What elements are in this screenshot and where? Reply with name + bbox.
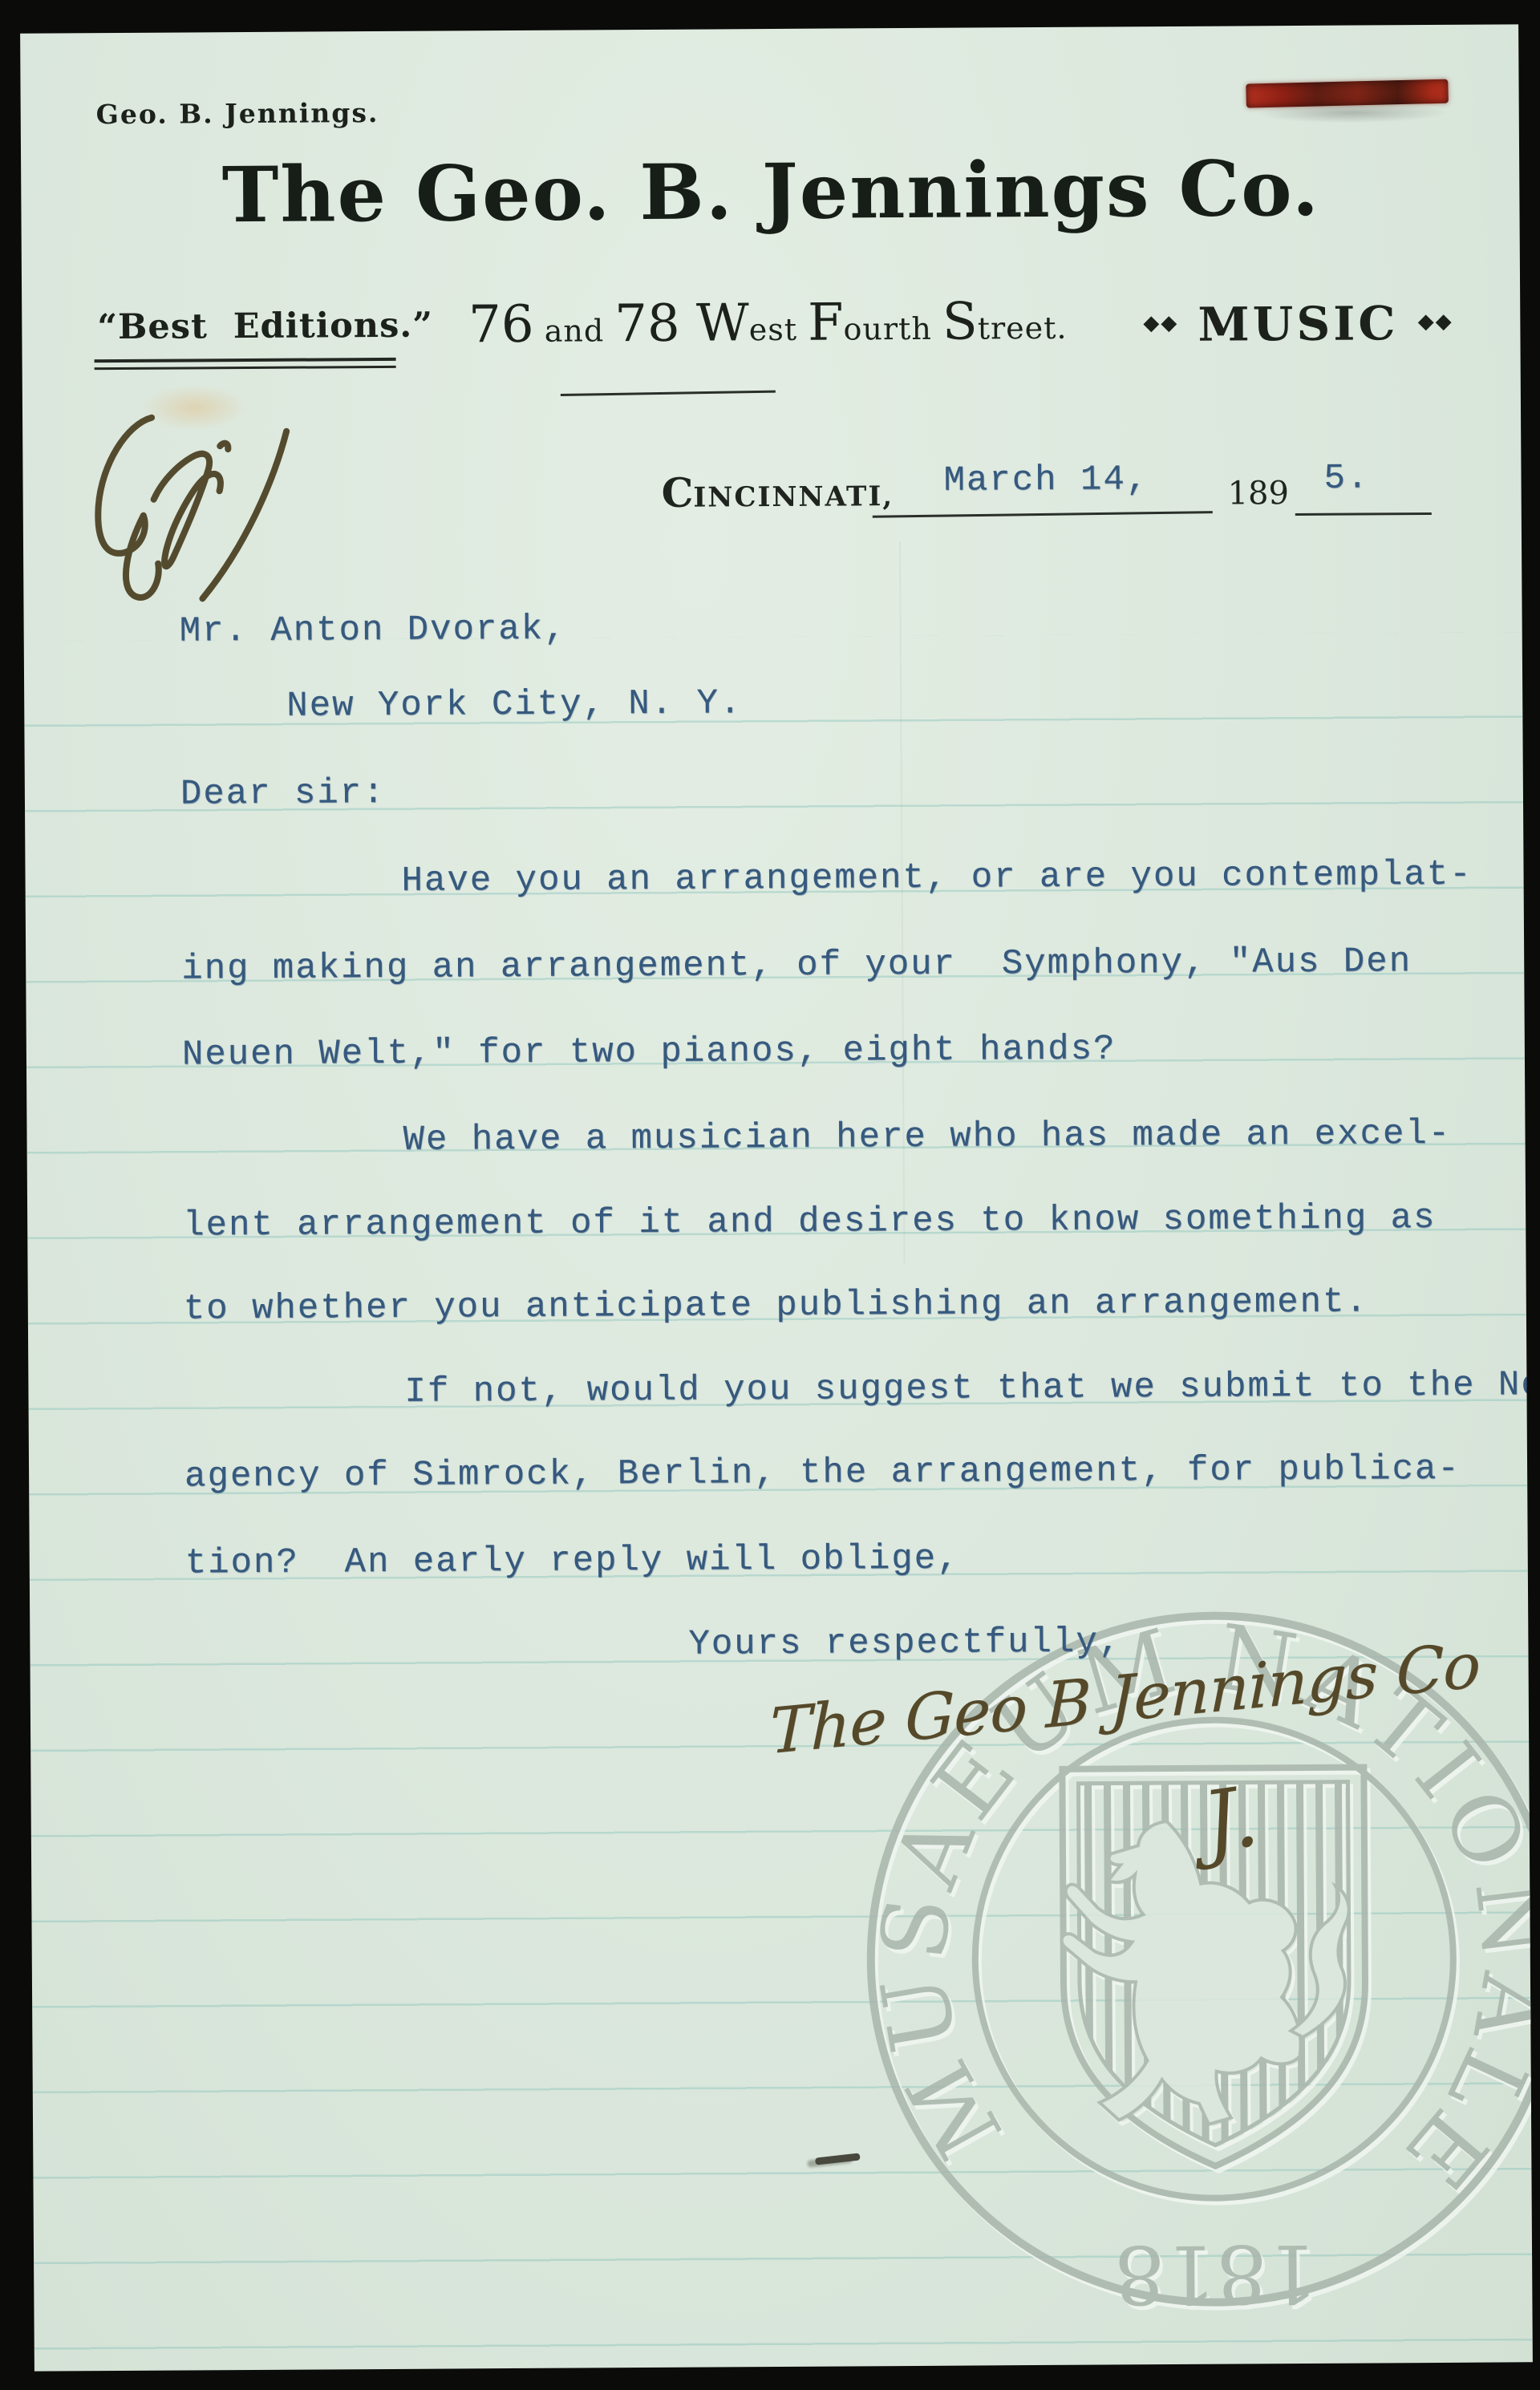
- printed-year-prefix: 189: [1228, 475, 1290, 512]
- valediction: Yours respectfully,: [688, 1622, 1121, 1664]
- street-number-1: 76: [468, 295, 534, 354]
- street-fourth-cap: F: [808, 293, 844, 352]
- street-street-cap: S: [942, 292, 978, 351]
- diamond-decor-left-icon: ◆◆: [1143, 311, 1178, 335]
- letterhead-corner-name: Geo. B. Jennings.: [96, 97, 379, 130]
- body-line: Neuen Welt," for two pianos, eight hands…: [182, 1029, 1116, 1075]
- street-address: 76 and 78 West Fourth Street.: [439, 292, 1096, 355]
- tagline-best-editions: “Best Editions.”: [97, 306, 433, 348]
- scanned-letter-photo: MUSAEUM NATIONALE 1818 Geo. B. Jennings.…: [0, 0, 1540, 2390]
- body-line: Have you an arrangement, or are you cont…: [401, 855, 1472, 901]
- tagline-underline-bottom: [95, 366, 396, 370]
- street-conjunction: and: [534, 313, 615, 349]
- tagline-underline-top: [95, 358, 396, 363]
- street-west-cap: W: [696, 294, 749, 353]
- date-rule-long: [873, 511, 1213, 518]
- street-rule: [561, 391, 776, 396]
- city-rest: INCINNATI,: [693, 480, 894, 514]
- letter-paper: MUSAEUM NATIONALE 1818 Geo. B. Jennings.…: [20, 24, 1533, 2371]
- body-line: agency of Simrock, Berlin, the arrangeme…: [184, 1449, 1461, 1497]
- music-label: MUSIC: [1178, 296, 1418, 352]
- body-line: ing making an arrangement, of your Symph…: [181, 942, 1412, 989]
- date-rule-short: [1295, 512, 1432, 516]
- typed-year-digit: 5.: [1323, 458, 1369, 498]
- body-line: If not, would you suggest that we submit…: [404, 1364, 1533, 1412]
- diamond-decor-right-icon: ◆◆: [1418, 310, 1453, 334]
- dateline-city: CINCINNATI,: [661, 468, 894, 516]
- red-ink-mark: [1246, 79, 1449, 108]
- body-line: We have a musician here who has made an …: [403, 1114, 1451, 1161]
- street-number-2: 78: [614, 294, 696, 354]
- street-fourth-rest: ourth: [843, 311, 942, 347]
- body-line: to whether you anticipate publishing an …: [184, 1282, 1368, 1329]
- company-title: The Geo. B. Jennings Co.: [45, 143, 1497, 241]
- typed-date: March 14,: [943, 460, 1149, 501]
- music-label-group: ◆◆ MUSIC ◆◆: [1143, 296, 1453, 352]
- body-line: tion? An early reply will oblige,: [185, 1539, 960, 1584]
- body-line: lent arrangement of it and desires to kn…: [183, 1198, 1437, 1246]
- street-west-rest: est: [749, 312, 808, 347]
- street-street-rest: treet.: [978, 310, 1068, 346]
- city-initial: C: [661, 469, 693, 516]
- recipient-city: New York City, N. Y.: [286, 683, 742, 726]
- salutation: Dear sir:: [180, 773, 386, 815]
- recipient-name: Mr. Anton Dvorak,: [180, 610, 567, 652]
- ink-smudge-mark: [815, 2153, 861, 2165]
